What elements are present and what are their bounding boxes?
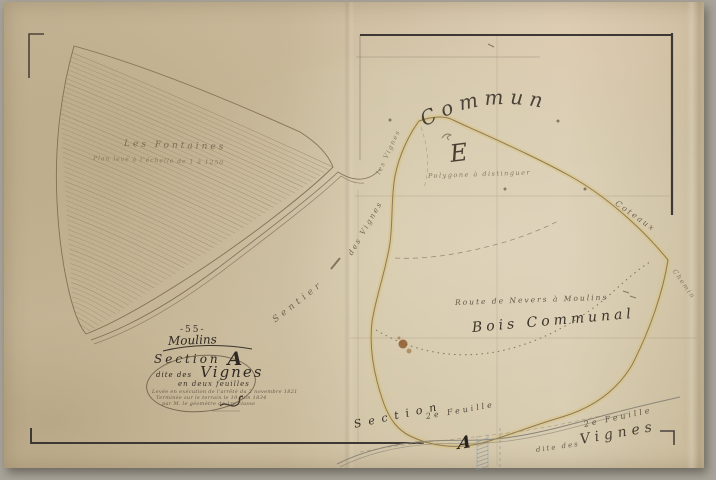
bottom-section-letter: A <box>457 432 472 454</box>
vineyard-parcel <box>56 46 380 344</box>
vertex-dashed-line <box>421 127 428 188</box>
commune-arc-heading: Commune <box>0 0 551 131</box>
interior-dashed-boundary <box>395 220 560 258</box>
corner-mark-top-left <box>29 34 44 78</box>
cartouche-note-3: par M. le géomètre de 1re classe <box>162 401 255 407</box>
corner-registration-marks <box>29 34 674 445</box>
parcel-letter-label: E <box>448 138 469 168</box>
parcel-wash-band <box>371 117 668 446</box>
commune-arc-label: Commune <box>0 0 551 131</box>
parcel-outline <box>371 117 668 446</box>
ink-stains <box>398 337 412 354</box>
cartouche-title-line: dite des Vignes <box>156 362 263 381</box>
cartouche-sheets-line: en deux feuilles <box>178 380 250 388</box>
title-prefix: dite des <box>156 371 192 379</box>
corner-mark-bottom-right <box>660 431 674 445</box>
title-name: Vignes <box>200 363 263 381</box>
scanned-map-page: Commune E Polygone à distinguer Les Font… <box>0 0 716 480</box>
commune-parcel <box>371 117 668 446</box>
cartouche-commune-name: Moulins <box>168 332 217 348</box>
